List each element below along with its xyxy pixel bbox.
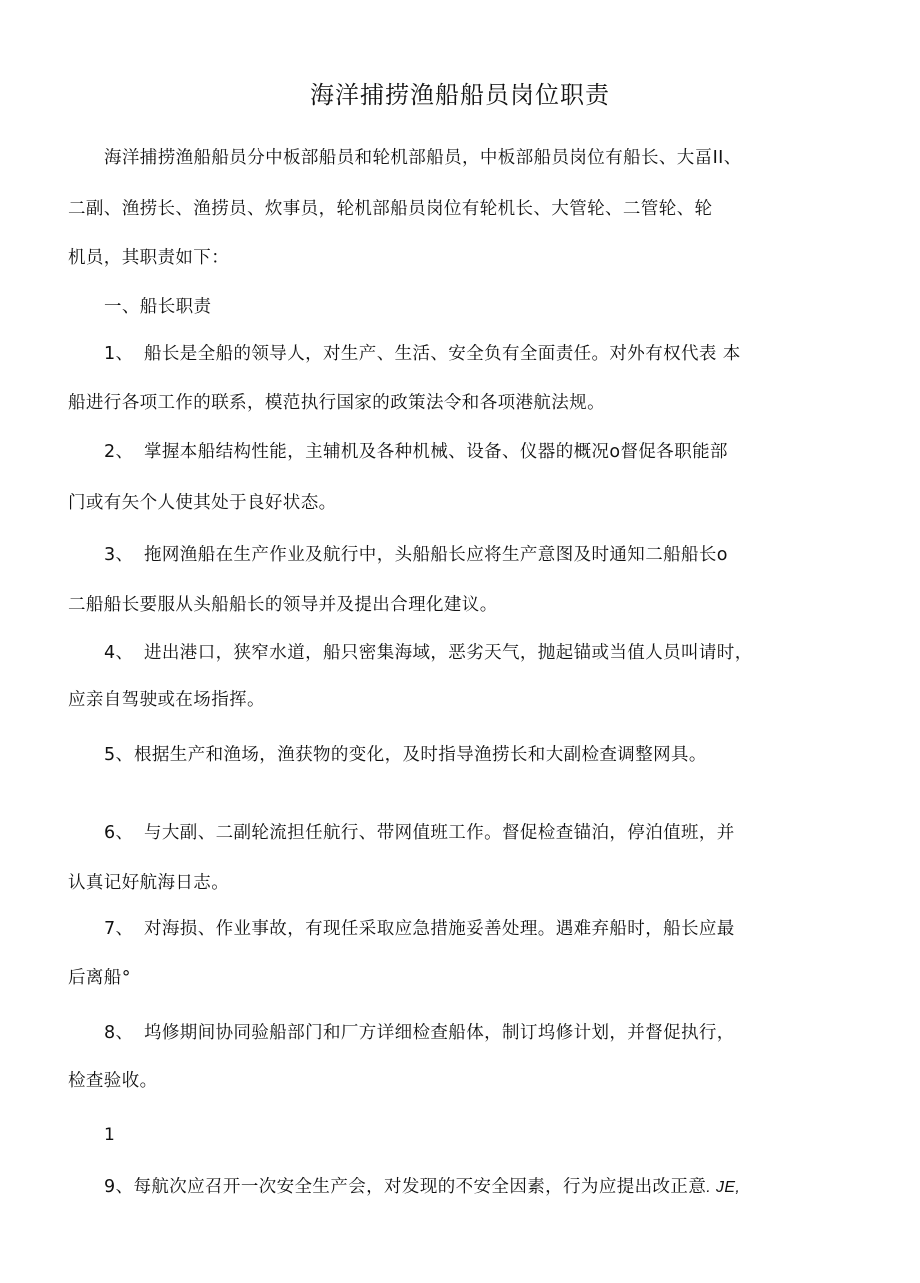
duty-item-text: 进出港口，狭窄水道，船只密集海域，恶劣天气，抛起锚或当值人员叫请时， [144,643,753,663]
duty-item-text: 对海损、作业事故，有现任采取应急措施妥善处理。遇难弃船时，船长应最 [144,919,735,939]
duty-item-text: 船长是全船的领导人，对生产、生活、安全负有全面责任。对外有权代表 本 [144,344,741,364]
intro-line-3: 机员，其职责如下： [68,246,229,270]
duty-item-1: 1、船长是全船的领导人，对生产、生活、安全负有全面责任。对外有权代表 本 [104,342,741,366]
duty-item-text: 与大副、二副轮流担任航行、带网值班工作。督促检查锚泊，停泊值班，并 [144,823,735,843]
duty-item-9: 9、每航次应召开一次安全生产会，对发现的不安全因素，行为应提出改正意. JE, [104,1175,740,1200]
duty-item-4-continuation: 应亲自驾驶或在场指挥。 [68,688,265,712]
duty-item-number: 4、 [104,641,144,665]
duty-item-number: 2、 [104,440,144,464]
duty-item-7: 7、对海损、作业事故，有现任采取应急措施妥善处理。遇难弃船时，船长应最 [104,917,735,941]
document-title: 海洋捕捞渔船船员岗位职责 [0,78,920,112]
intro-line-1: 海洋捕捞渔船船员分中板部船员和轮机部船员，中板部船员岗位有船长、大畐II、 [104,146,742,170]
duty-item-ocr-tail: . JE, [706,1179,740,1196]
duty-item-number: 3、 [104,543,144,567]
duty-item-number: 7、 [104,917,144,941]
duty-item-2-continuation: 门或有矢个人使其处于良好状态。 [68,491,337,515]
duty-item-number: 6、 [104,821,144,845]
duty-item-text: 拖网渔船在生产作业及航行中，头船船长应将生产意图及时通知二船船长o [144,545,728,565]
duty-item-number: 8、 [104,1021,144,1045]
duty-item-text: 坞修期间协同验船部门和厂方详细检查船体，制订坞修计划，并督促执行， [144,1023,735,1043]
duty-item-text: 根据生产和渔场，渔获物的变化，及时指导渔捞长和大副检查调整网具。 [134,745,707,765]
duty-item-4: 4、进出港口，狭窄水道，船只密集海域，恶劣天气，抛起锚或当值人员叫请时， [104,641,753,665]
duty-item-7-continuation: 后离船° [68,966,131,990]
duty-item-6-continuation: 认真记好航海日志。 [68,871,229,895]
duty-item-text: 掌握本船结构性能，主辅机及各种机械、设备、仪器的概况o督促各职能部 [144,442,728,462]
duty-item-8: 8、坞修期间协同验船部门和厂方详细检查船体，制订坞修计划，并督促执行， [104,1021,735,1045]
duty-item-number: 5、 [104,743,134,767]
duty-item-5: 5、根据生产和渔场，渔获物的变化，及时指导渔捞长和大副检查调整网具。 [104,743,707,767]
duty-item-2: 2、掌握本船结构性能，主辅机及各种机械、设备、仪器的概况o督促各职能部 [104,440,728,464]
document-page: 海洋捕捞渔船船员岗位职责 海洋捕捞渔船船员分中板部船员和轮机部船员，中板部船员岗… [0,0,920,1283]
duty-item-number: 1、 [104,342,144,366]
duty-item-text: 每航次应召开一次安全生产会，对发现的不安全因素，行为应提出改正意 [133,1177,706,1197]
duty-item-8-continuation: 检查验收。 [68,1069,158,1093]
intro-line-2: 二副、渔捞长、渔捞员、炊事员，轮机部船员岗位有轮机长、大管轮、二管轮、轮 [68,197,712,221]
duty-item-1-continuation: 船进行各项工作的联系，模范执行国家的政策法令和各项港航法规。 [68,391,605,415]
duty-item-3-continuation: 二船船长要服从头船船长的领导并及提出合理化建议。 [68,593,498,617]
section-heading-captain-duties: 一、船长职责 [104,295,211,319]
page-number: 1 [104,1123,115,1147]
duty-item-3: 3、拖网渔船在生产作业及航行中，头船船长应将生产意图及时通知二船船长o [104,543,728,567]
duty-item-number: 9、 [104,1177,133,1197]
duty-item-6: 6、与大副、二副轮流担任航行、带网值班工作。督促检查锚泊，停泊值班，并 [104,821,735,845]
